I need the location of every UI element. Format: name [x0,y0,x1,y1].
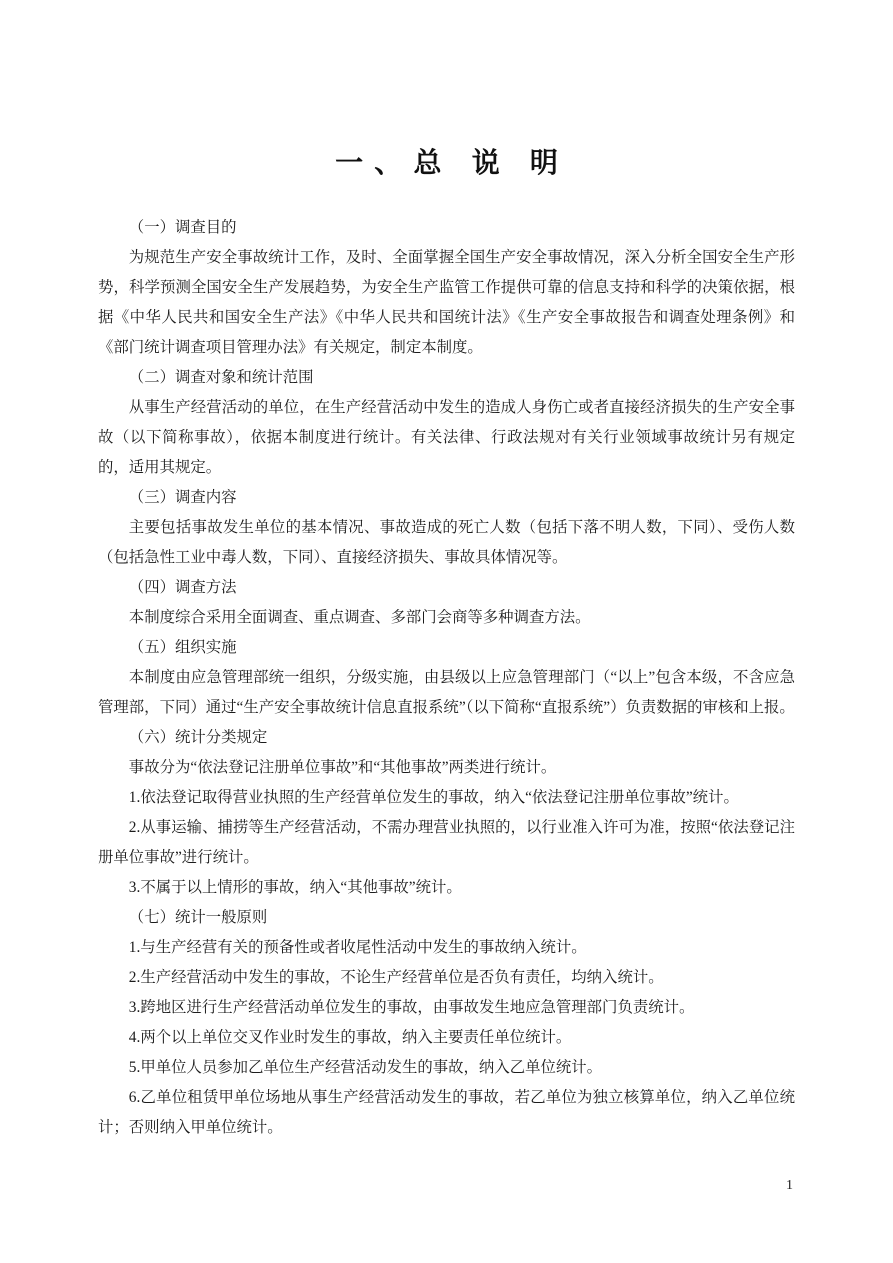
section-7-item-6: 6.乙单位租赁甲单位场地从事生产经营活动发生的事故，若乙单位为独立核算单位，纳入… [98,1083,795,1143]
section-4-heading: （四）调查方法 [98,573,795,603]
section-5-heading: （五）组织实施 [98,633,795,663]
section-7-item-4: 4.两个以上单位交叉作业时发生的事故，纳入主要责任单位统计。 [98,1023,795,1053]
section-3-paragraph: 主要包括事故发生单位的基本情况、事故造成的死亡人数（包括下落不明人数，下同）、受… [98,513,795,573]
document-page: 一、总 说 明 （一）调查目的 为规范生产安全事故统计工作，及时、全面掌握全国生… [0,0,893,1263]
section-6-item-3: 3.不属于以上情形的事故，纳入“其他事故”统计。 [98,873,795,903]
section-1-paragraph: 为规范生产安全事故统计工作，及时、全面掌握全国生产安全事故情况，深入分析全国安全… [98,243,795,363]
page-title: 一、总 说 明 [0,141,893,181]
section-3-heading: （三）调查内容 [98,483,795,513]
section-7-item-5: 5.甲单位人员参加乙单位生产经营活动发生的事故，纳入乙单位统计。 [98,1053,795,1083]
page-number: 1 [786,1177,793,1195]
section-7-item-2: 2.生产经营活动中发生的事故，不论生产经营单位是否负有责任，均纳入统计。 [98,963,795,993]
section-7-item-3: 3.跨地区进行生产经营活动单位发生的事故，由事故发生地应急管理部门负责统计。 [98,993,795,1023]
document-body: （一）调查目的 为规范生产安全事故统计工作，及时、全面掌握全国生产安全事故情况，… [98,213,795,1143]
section-6-paragraph: 事故分为“依法登记注册单位事故”和“其他事故”两类进行统计。 [98,753,795,783]
section-6-item-2: 2.从事运输、捕捞等生产经营活动，不需办理营业执照的，以行业准入许可为准，按照“… [98,813,795,873]
section-6-item-1: 1.依法登记取得营业执照的生产经营单位发生的事故，纳入“依法登记注册单位事故”统… [98,783,795,813]
section-2-heading: （二）调查对象和统计范围 [98,363,795,393]
section-5-paragraph: 本制度由应急管理部统一组织，分级实施，由县级以上应急管理部门（“以上”包含本级，… [98,663,795,723]
section-7-heading: （七）统计一般原则 [98,903,795,933]
section-7-item-1: 1.与生产经营有关的预备性或者收尾性活动中发生的事故纳入统计。 [98,933,795,963]
section-2-paragraph: 从事生产经营活动的单位，在生产经营活动中发生的造成人身伤亡或者直接经济损失的生产… [98,393,795,483]
section-6-heading: （六）统计分类规定 [98,723,795,753]
section-4-paragraph: 本制度综合采用全面调查、重点调查、多部门会商等多种调查方法。 [98,603,795,633]
section-1-heading: （一）调查目的 [98,213,795,243]
